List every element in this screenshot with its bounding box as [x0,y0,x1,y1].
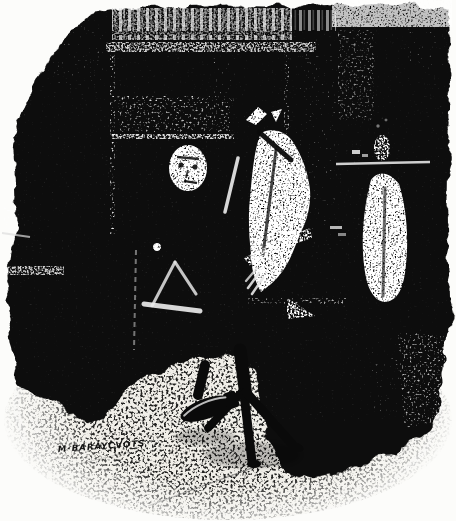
table-edge-highlight [248,298,346,304]
man-eye-left [178,162,183,167]
stand-finial [374,135,390,161]
man-eye-right [192,164,197,169]
book-row-middle [118,102,230,132]
wall-glint-1 [330,226,342,229]
wall-glint-2 [338,233,346,236]
finial-glint-2 [385,119,388,122]
screen-texture-upper-right [408,20,438,70]
man-head [169,145,207,191]
shoe-shadow [175,429,235,445]
rail-knob-glint-2 [362,154,368,157]
illustration-page: A dark halftone illustration: a woman in… [0,0,456,521]
shelf-edge-highlight [106,42,316,52]
stool-foot-center [247,460,261,468]
ankle-shadow [198,365,205,395]
cabinet-top-highlight [4,266,64,275]
halftone-illustration: A dark halftone illustration: a woman in… [0,0,456,521]
rail-knob-glint-1 [352,150,360,154]
gown-crease-shadow [383,188,385,296]
shelf-glint [214,58,234,98]
wall-texture-top-left [52,26,116,86]
cabinet-edge-glint [4,206,10,234]
shadow-fade-bottom-right-2 [372,352,412,412]
chair-knob-glint [153,243,161,251]
shelf-line-lower [112,134,234,139]
book-row-top-speckle [112,8,292,40]
screen-edge-texture [338,30,374,120]
wall-speckle-behind-woman [300,42,336,232]
man-collar-glint [196,176,206,179]
finial-glint-1 [376,124,379,127]
cabinet-side-glint [8,300,13,340]
book-row-right [294,10,336,34]
